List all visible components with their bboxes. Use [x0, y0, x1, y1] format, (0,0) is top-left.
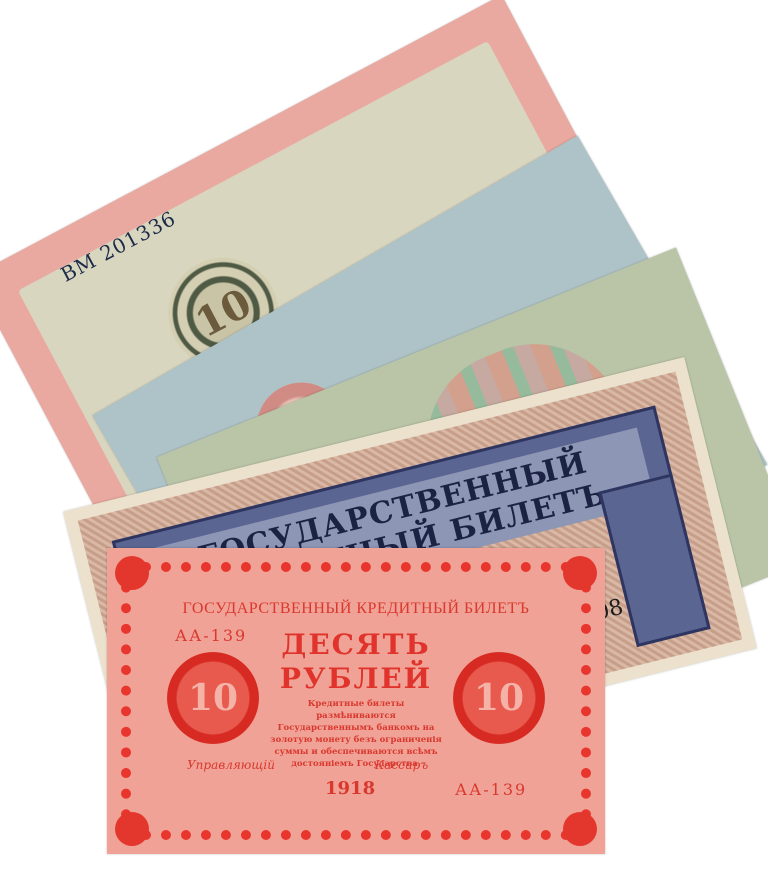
- serial-number-bottom: АА-139: [455, 780, 527, 799]
- denomination-rosette-left: 10: [167, 652, 259, 744]
- denomination-word-1: ДЕСЯТЬ: [107, 628, 605, 661]
- corner-rosette: [115, 556, 149, 590]
- banknote-10-rubles-1918: ГОСУДАРСТВЕННЫЙ КРЕДИТНЫЙ БИЛЕТЪ АА-139 …: [107, 548, 605, 854]
- corner-rosette: [563, 556, 597, 590]
- corner-rosette: [563, 812, 597, 846]
- issue-year: 1918: [325, 778, 375, 799]
- corner-rosette: [115, 812, 149, 846]
- cashier-signature-label: Кассиръ: [375, 758, 428, 772]
- manager-signature-label: Управляющій: [187, 758, 275, 772]
- note-title: ГОСУДАРСТВЕННЫЙ КРЕДИТНЫЙ БИЛЕТЪ: [107, 600, 605, 618]
- denomination-rosette-right: 10: [453, 652, 545, 744]
